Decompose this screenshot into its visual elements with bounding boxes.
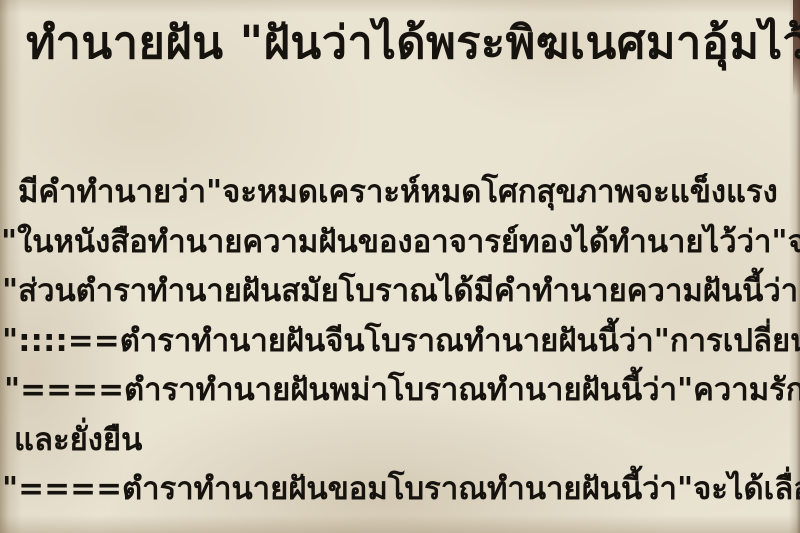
page-title: ทำนายฝัน "ฝันว่าได้พระพิฆเนศมาอุ้มไว้ในม… bbox=[26, 12, 800, 74]
text-line: มีคำทำนายว่า"จะหมดเคราะห์หมดโศกสุขภาพจะแ… bbox=[0, 168, 800, 218]
text-line: "ในหนังสือทำนายความฝันของอาจารย์ทองได้ทำ… bbox=[0, 218, 800, 268]
text-line: "ส่วนตำราทำนายฝันสมัยโบราณได้มีคำทำนายคว… bbox=[0, 267, 800, 317]
parchment-page: ทำนายฝัน "ฝันว่าได้พระพิฆเนศมาอุ้มไว้ในม… bbox=[0, 0, 800, 533]
text-line: "====ตำราทำนายฝันขอมโบราณทำนายฝันนี้ว่า"… bbox=[0, 465, 800, 515]
dream-interpretation-text: มีคำทำนายว่า"จะหมดเคราะห์หมดโศกสุขภาพจะแ… bbox=[0, 168, 800, 515]
text-line: และยั่งยืน bbox=[0, 416, 800, 466]
text-line: "====ตำราทำนายฝันพม่าโบราณทำนายฝันนี้ว่า… bbox=[0, 366, 800, 416]
text-line: "::::==ตำราทำนายฝันจีนโบราณทำนายฝันนี้ว่… bbox=[0, 317, 800, 367]
